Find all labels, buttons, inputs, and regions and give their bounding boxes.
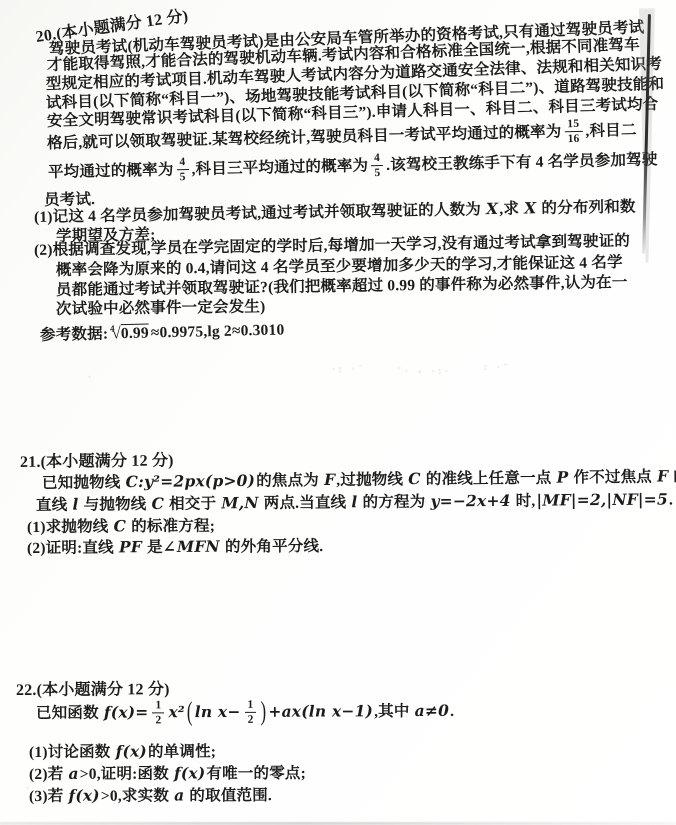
- scan-smudge: ·: [88, 372, 95, 382]
- problem-22-part3-line: (3)若 f(x)>0,求实数 a 的取值范围.: [29, 785, 272, 807]
- problem-22-function-formula: 已知函数 f(x)=12x²(ln x−12)+ax(ln x−1),其中 a≠…: [36, 696, 454, 729]
- exam-page-scan: 20.(本小题满分 12 分) 驾驶员考试(机动车驾驶员考试)是由公安局车管所举…: [0, 0, 676, 825]
- problem-20-part1-line: (1)记这 4 名学员参加驾驶员考试,通过考试并领取驾驶证的人数为 X,求 X …: [34, 196, 636, 227]
- scan-smudge: : ·¨: [484, 362, 511, 372]
- problem-21-part1-line: (1)求抛物线 C 的标准方程;: [27, 516, 215, 538]
- problem-21-body-line: 直线 l 与抛物线 C 相交于 M,N 两点.当直线 l 的方程为 y=−2x+…: [36, 489, 673, 516]
- problem-21-header: 21.(本小题满分 12 分): [20, 451, 174, 473]
- scan-smudge: ˙· - ·:·: [398, 366, 452, 376]
- problem-21-part2-line: (2)证明:直线 PF 是∠MFN 的外角平分线.: [27, 536, 323, 559]
- scan-smudge: ·: [26, 783, 33, 793]
- problem-20-reference-data: 参考数据:4√0.99≈0.9975,lg 2≈0.3010: [40, 314, 285, 346]
- problem-22-part2-line: (2)若 a>0,证明:函数 f(x)有唯一的零点;: [29, 763, 306, 785]
- problem-22-part1-line: (1)讨论函数 f(x)的单调性;: [29, 741, 216, 763]
- scan-smudge: ·: ·˙: [332, 364, 366, 374]
